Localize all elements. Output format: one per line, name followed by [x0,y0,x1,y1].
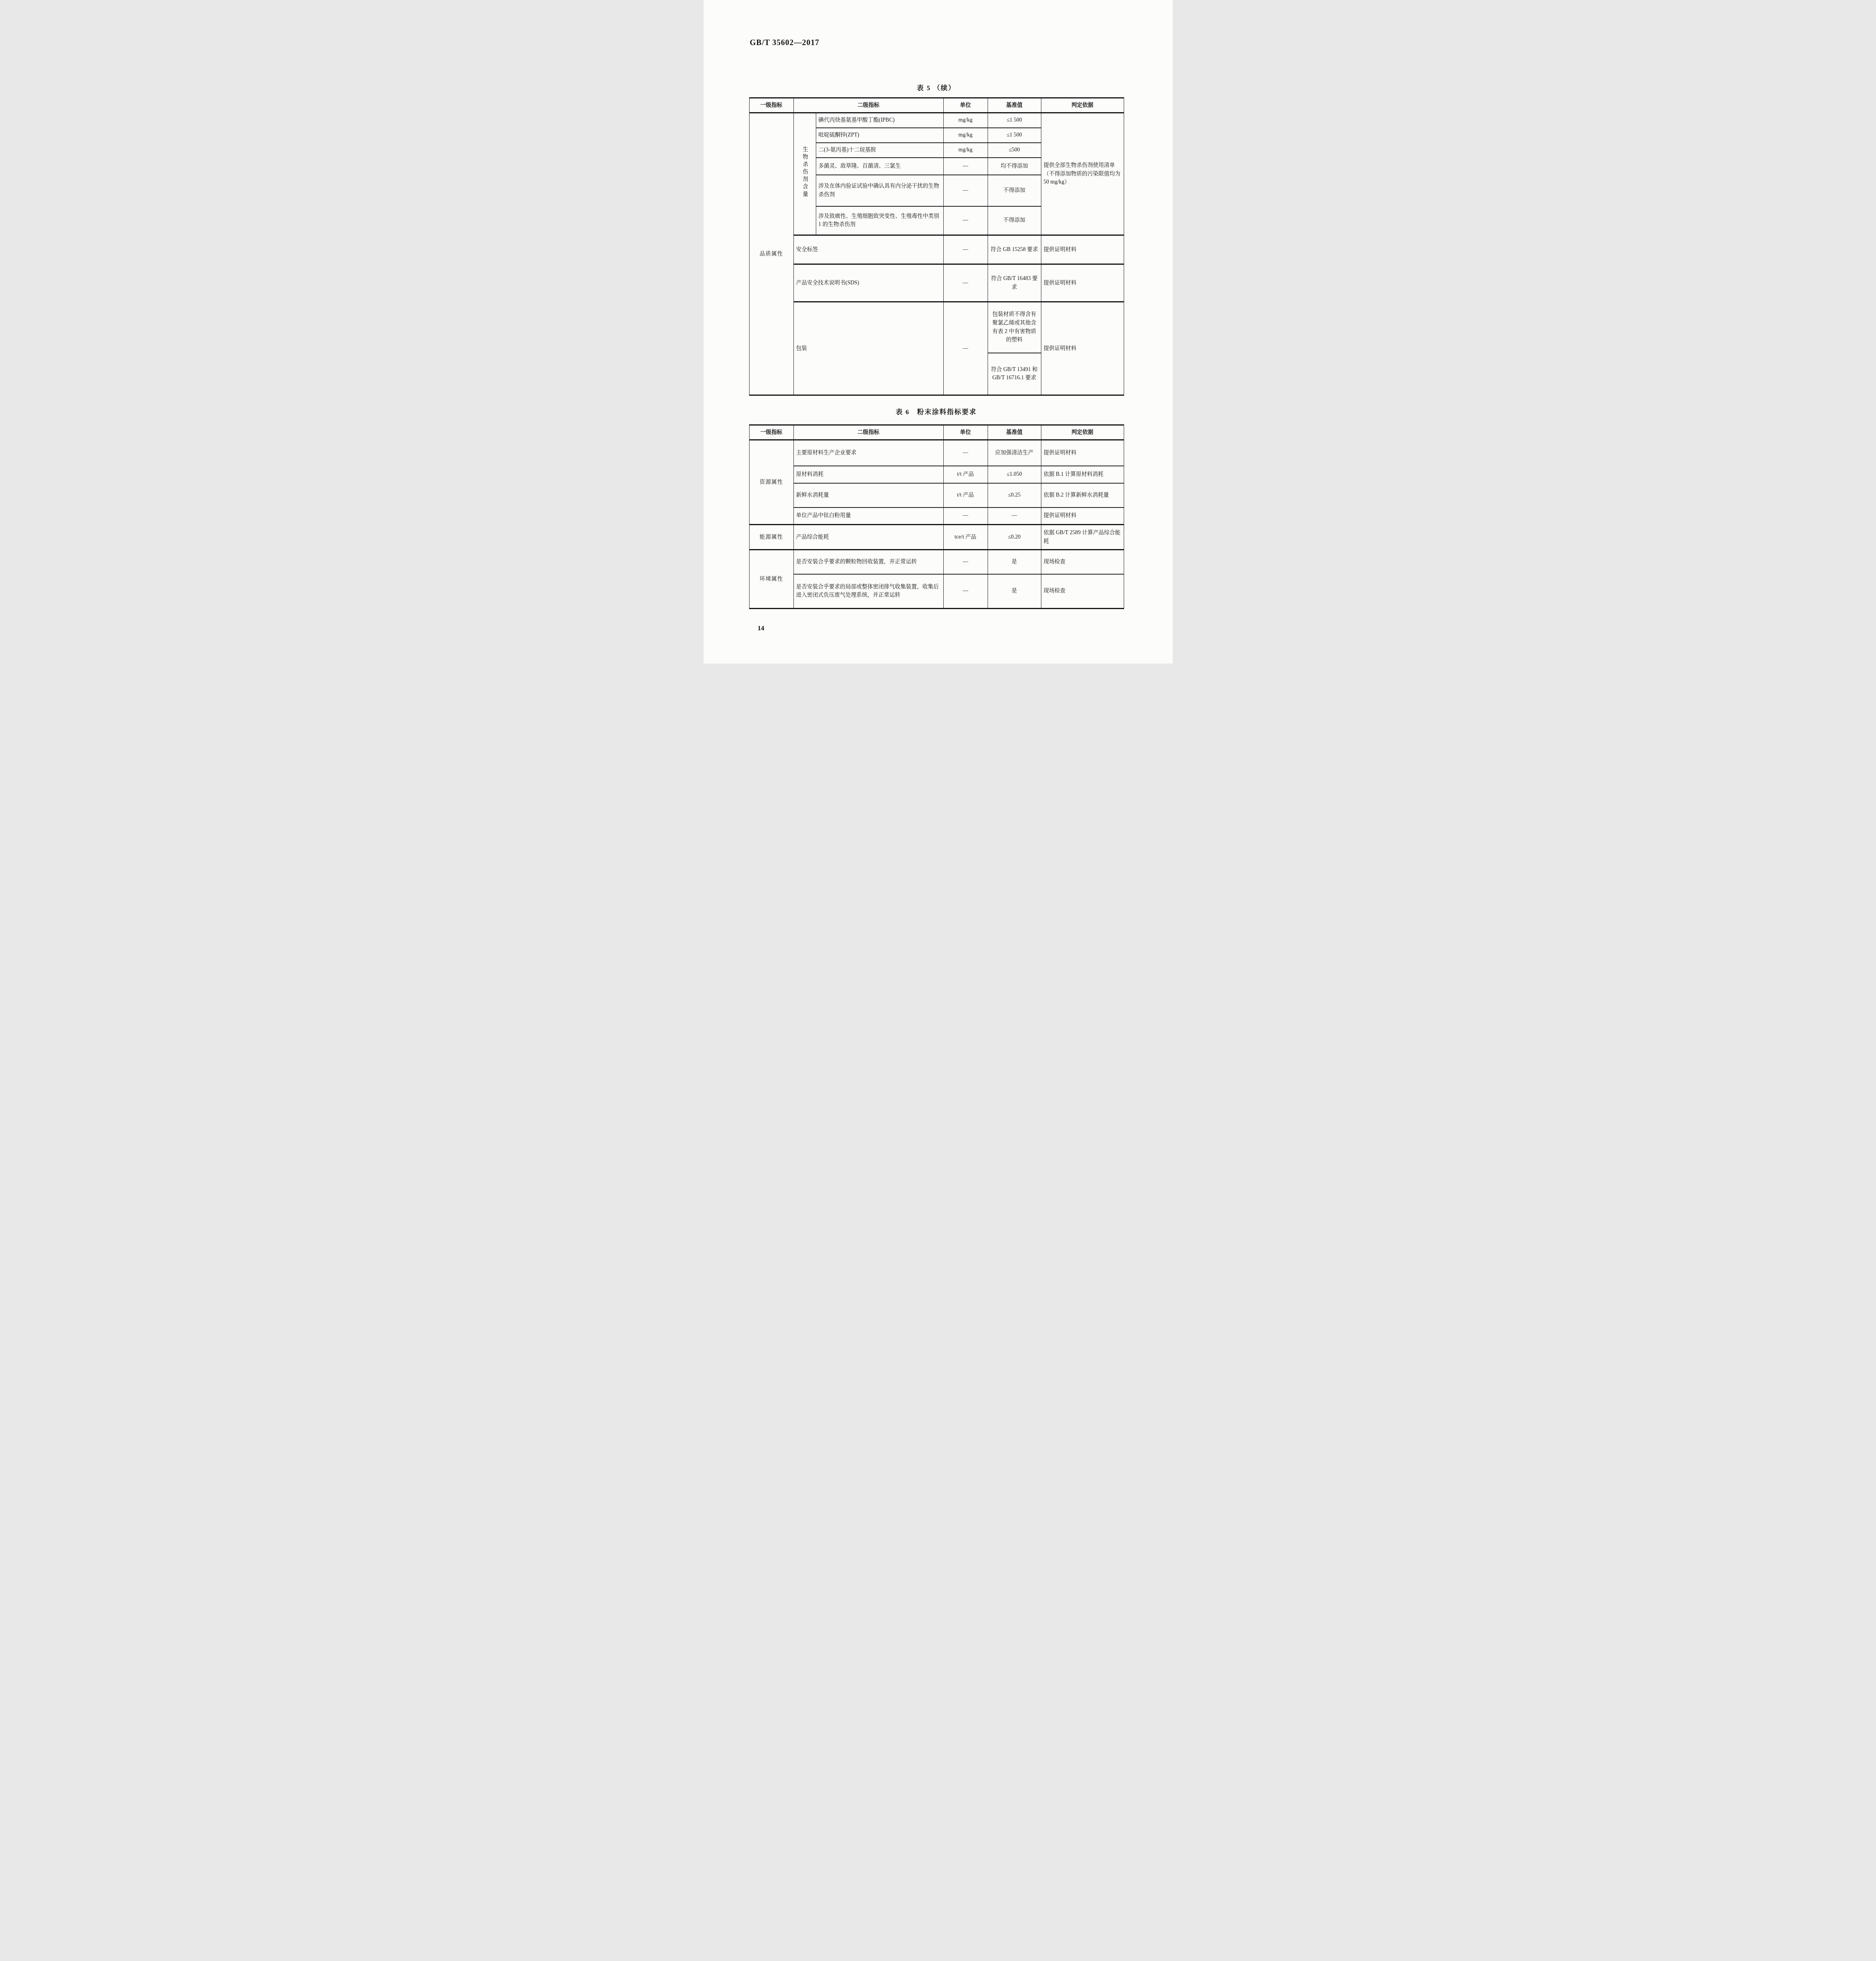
cell-basis: 提供证明材料 [1041,302,1124,395]
table-row: 能源属性 产品综合能耗 tce/t 产品 ≤0.20 依据 GB/T 2589 … [749,525,1124,550]
cell-baseline: 符合 GB/T 13491 和 GB/T 16716.1 要求 [988,353,1041,395]
table-row: 新鲜水消耗量 t/t 产品 ≤0.25 依据 B.2 计算新鲜水消耗量 [749,483,1124,508]
cell-indicator: 吡啶硫酮锌(ZPT) [816,128,943,143]
table6-title: 表 6 粉末涂料指标要求 [749,406,1124,416]
cell-baseline: ≤0.20 [988,525,1041,550]
cell-indicator: 原材料消耗 [793,466,943,483]
cell-unit: mg/kg [943,128,988,143]
col-header-unit: 单位 [943,98,988,113]
table-row: 资源属性 主要原材料生产企业要求 — 应加强清洁生产 提供证明材料 [749,440,1124,466]
cell-baseline: 不得添加 [988,175,1041,206]
cell-indicator: 单位产品中钛白粉用量 [793,508,943,525]
table6: 一级指标 二级指标 单位 基准值 判定依据 资源属性 主要原材料生产企业要求 —… [749,424,1124,609]
col-header-level1: 一级指标 [749,425,793,440]
biocide-group-label: 生物杀伤剂含量 [793,113,816,235]
cell-indicator: 是否安装合乎要求的局部或整体密闭排气收集装置，收集后进入密闭式负压废气处理系统，… [793,574,943,609]
document-page: GB/T 35602—2017 表 5 （续） 一级指标 二级指标 单位 基准值… [704,0,1173,664]
cell-indicator: 新鲜水消耗量 [793,483,943,508]
table-row: 产品安全技术说明书(SDS) — 符合 GB/T 16483 要求 提供证明材料 [749,264,1124,302]
table-row: 安全标签 — 符合 GB 15258 要求 提供证明材料 [749,235,1124,264]
col-header-baseline: 基准值 [988,425,1041,440]
cell-unit: — [943,440,988,466]
cell-indicator: 主要原材料生产企业要求 [793,440,943,466]
level1-label: 资源属性 [749,440,793,525]
cell-basis: 提供证明材料 [1041,508,1124,525]
level1-label: 环境属性 [749,550,793,609]
level1-label: 品质属性 [749,113,793,395]
table6-header-row: 一级指标 二级指标 单位 基准值 判定依据 [749,425,1124,440]
table-row: 单位产品中钛白粉用量 — — 提供证明材料 [749,508,1124,525]
col-header-level2: 二级指标 [793,425,943,440]
cell-indicator: 产品安全技术说明书(SDS) [793,264,943,302]
cell-unit: t/t 产品 [943,466,988,483]
col-header-basis: 判定依据 [1041,98,1124,113]
cell-unit: — [943,302,988,395]
cell-basis: 依据 B.2 计算新鲜水消耗量 [1041,483,1124,508]
table5-title: 表 5 （续） [749,82,1124,92]
cell-indicator: 包装 [793,302,943,395]
cell-basis: 提供全部生物杀伤剂使用清单（不得添加物质的污染限值均为 50 mg/kg） [1041,113,1124,235]
cell-basis: 现场检查 [1041,574,1124,609]
cell-baseline: ≤1.050 [988,466,1041,483]
cell-baseline: — [988,508,1041,525]
cell-indicator: 多菌灵、敌草隆、百菌清、三氯生 [816,158,943,175]
cell-unit: — [943,264,988,302]
col-header-baseline: 基准值 [988,98,1041,113]
biocide-group-label-text: 生物杀伤剂含量 [802,146,808,198]
table5: 一级指标 二级指标 单位 基准值 判定依据 品质属性 生物杀伤剂含量 碘代丙炔基… [749,97,1124,396]
col-header-level2: 二级指标 [793,98,943,113]
page-number: 14 [758,624,764,632]
cell-indicator: 产品综合能耗 [793,525,943,550]
cell-baseline: 应加强清洁生产 [988,440,1041,466]
cell-baseline: 符合 GB/T 16483 要求 [988,264,1041,302]
cell-indicator: 涉及致癌性、生殖细胞致突变性、生殖毒性中类别 1 的生物杀伤剂 [816,206,943,235]
cell-unit: — [943,158,988,175]
cell-baseline: 均不得添加 [988,158,1041,175]
standard-number: GB/T 35602—2017 [750,38,819,47]
col-header-unit: 单位 [943,425,988,440]
cell-indicator: 安全标签 [793,235,943,264]
table-row: 环境属性 是否安装合乎要求的颗粒物回收装置，并正常运转 — 是 现场检查 [749,550,1124,574]
cell-baseline: ≤1 500 [988,113,1041,128]
cell-unit: mg/kg [943,113,988,128]
cell-indicator: 二(3-氨丙基)十二烷基胺 [816,143,943,158]
table-row: 品质属性 生物杀伤剂含量 碘代丙炔基氨基甲酸丁酯(IPBC) mg/kg ≤1 … [749,113,1124,128]
cell-baseline: 不得添加 [988,206,1041,235]
cell-baseline: 是 [988,550,1041,574]
cell-unit: — [943,235,988,264]
cell-unit: — [943,508,988,525]
cell-unit: — [943,206,988,235]
table-row: 是否安装合乎要求的局部或整体密闭排气收集装置，收集后进入密闭式负压废气处理系统，… [749,574,1124,609]
cell-unit: mg/kg [943,143,988,158]
cell-unit: — [943,574,988,609]
cell-indicator: 涉及在体内验证试验中确认具有内分泌干扰的生物杀伤剂 [816,175,943,206]
cell-unit: — [943,175,988,206]
cell-basis: 提供证明材料 [1041,235,1124,264]
table-row: 原材料消耗 t/t 产品 ≤1.050 依据 B.1 计算原材料消耗 [749,466,1124,483]
cell-basis: 现场检查 [1041,550,1124,574]
cell-baseline: ≤0.25 [988,483,1041,508]
cell-basis: 依据 GB/T 2589 计算产品综合能耗 [1041,525,1124,550]
cell-basis: 依据 B.1 计算原材料消耗 [1041,466,1124,483]
col-header-level1: 一级指标 [749,98,793,113]
col-header-basis: 判定依据 [1041,425,1124,440]
cell-baseline: ≤500 [988,143,1041,158]
cell-unit: t/t 产品 [943,483,988,508]
cell-indicator: 碘代丙炔基氨基甲酸丁酯(IPBC) [816,113,943,128]
cell-indicator: 是否安装合乎要求的颗粒物回收装置，并正常运转 [793,550,943,574]
table-row: 包装 — 包装材质不得含有聚氯乙烯或其他含有表 2 中有害物质的塑料 提供证明材… [749,302,1124,353]
cell-unit: tce/t 产品 [943,525,988,550]
cell-baseline: 符合 GB 15258 要求 [988,235,1041,264]
level1-label: 能源属性 [749,525,793,550]
cell-baseline: ≤1 500 [988,128,1041,143]
table5-header-row: 一级指标 二级指标 单位 基准值 判定依据 [749,98,1124,113]
cell-unit: — [943,550,988,574]
cell-baseline: 包装材质不得含有聚氯乙烯或其他含有表 2 中有害物质的塑料 [988,302,1041,353]
cell-basis: 提供证明材料 [1041,264,1124,302]
cell-basis: 提供证明材料 [1041,440,1124,466]
cell-baseline: 是 [988,574,1041,609]
